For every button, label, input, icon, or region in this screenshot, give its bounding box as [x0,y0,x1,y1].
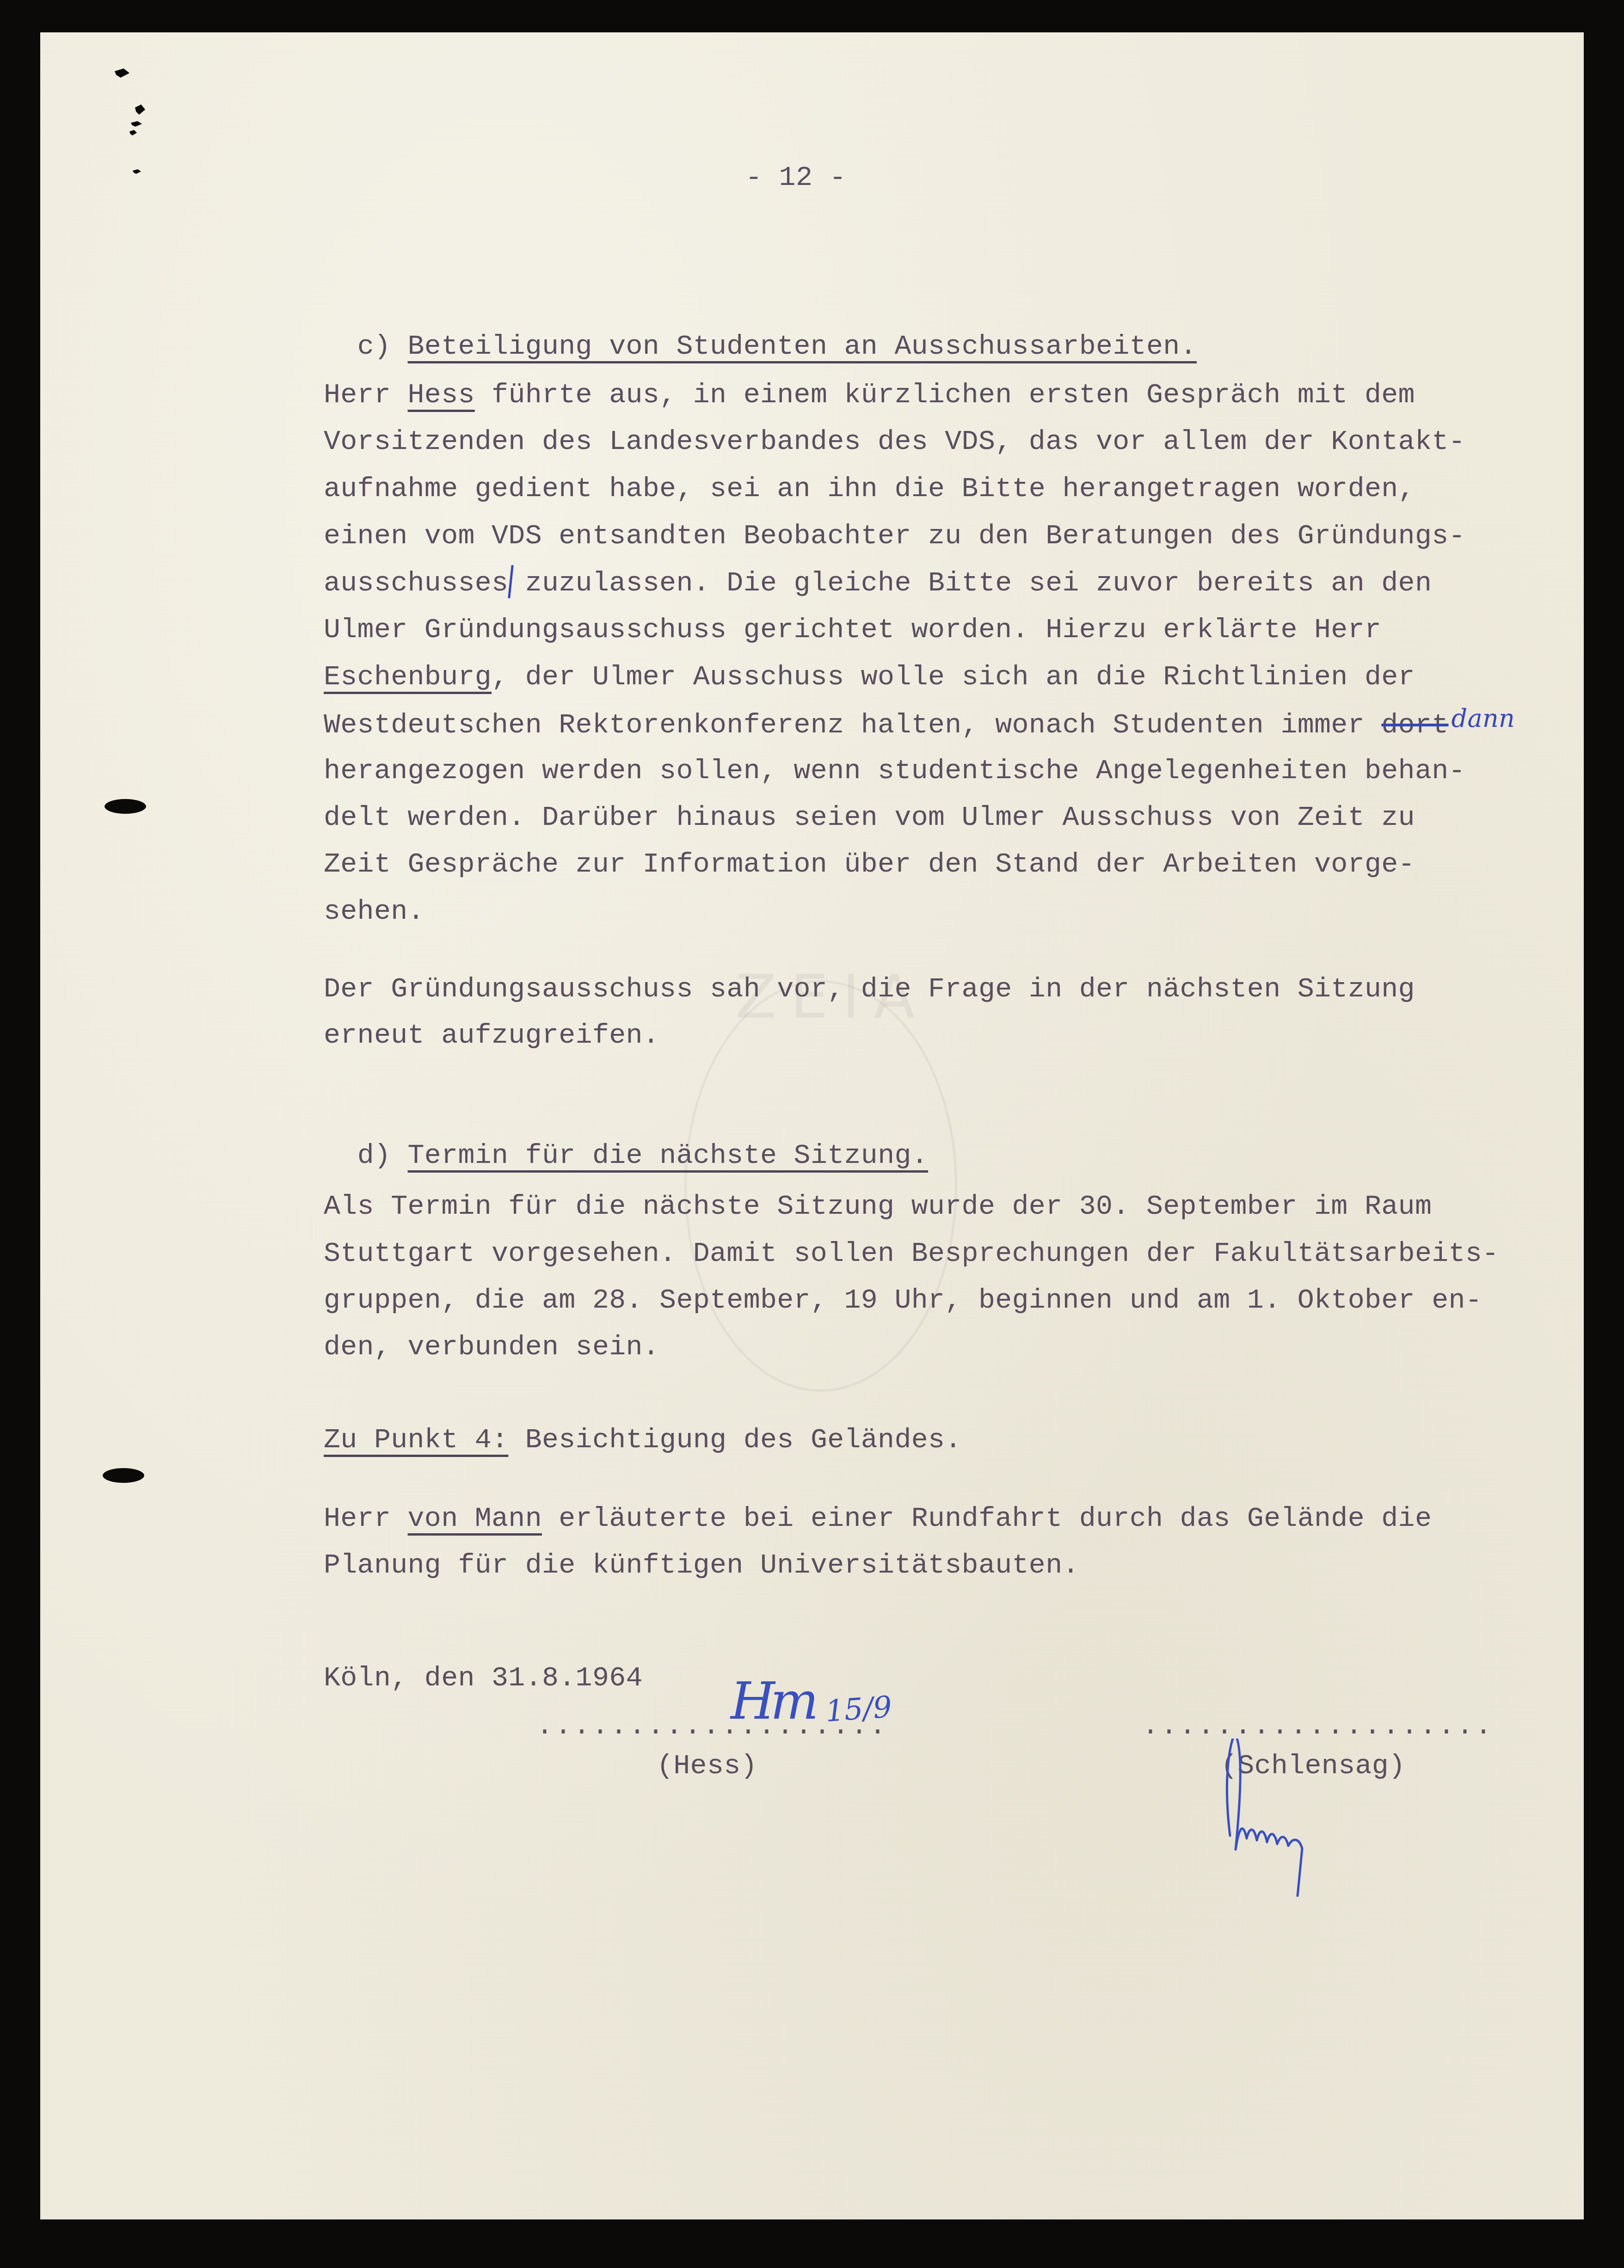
d-para-line-3: gruppen, die am 28. September, 19 Uhr, b… [324,1287,1482,1315]
c-para1-line-8: Westdeutschen Rektorenkonferenz halten, … [324,710,1512,739]
c-para1-line-12: sehen. [324,898,424,926]
punkt4-title: Besichtigung des Geländes. [508,1425,961,1456]
place-date: Köln, den 31.8.1964 [324,1665,643,1692]
text: führte aus, in einem kürzlichen ersten G… [475,380,1415,411]
c-para2-line-2: erneut aufzugreifen. [324,1022,659,1050]
faint-archive-stamp [684,980,957,1392]
c-para1-line-2: Vorsitzenden des Landesverbandes des VDS… [324,428,1465,456]
text: Westdeutschen Rektorenkonferenz halten, … [324,710,1381,741]
d-para-line-1: Als Termin für die nächste Sitzung wurde… [324,1193,1432,1221]
punkt4-label: Zu Punkt 4: [324,1425,508,1456]
c-para1-line-5: ausschusses zuzulassen. Die gleiche Bitt… [324,570,1432,597]
d-para-line-2: Stuttgart vorgesehen. Damit sollen Bespr… [324,1240,1499,1268]
c-para1-line-1: Herr Hess führte aus, in einem kürzliche… [324,381,1415,409]
section-d-label: d) [357,1140,391,1172]
punch-hole-upper [105,799,146,814]
section-d-title: Termin für die nächste Sitzung. [408,1140,928,1172]
section-d-heading: d) Termin für die nächste Sitzung. [324,1114,928,1170]
name-hess: Hess [408,380,475,411]
punkt4-line-2: Planung für die künftigen Universitätsba… [324,1552,1079,1580]
c-para1-line-3: aufnahme gedient habe, sei an ihn die Bi… [324,475,1415,503]
page-number: - 12 - [745,164,846,192]
name-eschenburg: Eschenburg [324,662,492,693]
handwritten-correction: dann [1452,704,1515,733]
c-para1-line-6: Ulmer Gründungsausschuss gerichtet worde… [324,616,1381,644]
c-para1-line-4: einen vom VDS entsandten Beobachter zu d… [324,522,1465,550]
c-para1-line-7: Eschenburg, der Ulmer Ausschuss wolle si… [324,664,1415,691]
c-para2-line-1: Der Gründungsausschuss sah vor, die Frag… [324,976,1415,1003]
text: Herr [324,380,408,411]
handwritten-signature-schlensag [1221,1739,1415,1924]
text: , der Ulmer Ausschuss wolle sich an die … [492,662,1415,693]
c-para1-line-11: Zeit Gespräche zur Information über den … [324,851,1415,879]
c-para1-line-9: herangezogen werden sollen, wenn student… [324,757,1465,785]
signatory-hess: (Hess) [657,1752,757,1780]
punch-hole-lower [103,1468,144,1483]
c-para1-line-10: delt werden. Darüber hinaus seien vom Ul… [324,804,1415,832]
punkt4-heading: Zu Punkt 4: Besichtigung des Geländes. [324,1426,962,1454]
signature-line-schlensag: ................... [1142,1711,1494,1742]
text: Herr [324,1503,408,1535]
text: erläuterte bei einer Rundfahrt durch das… [542,1503,1432,1535]
handwritten-date-hess: 15/9 [824,1690,893,1729]
section-c-title: Beteiligung von Studenten an Ausschussar… [408,331,1197,363]
name-von-mann: von Mann [408,1503,542,1535]
punkt4-line-1: Herr von Mann erläuterte bei einer Rundf… [324,1505,1432,1533]
handwritten-initials-hess: Hm [731,1672,814,1731]
section-c-label: c) [357,331,391,363]
d-para-line-4: den, verbunden sein. [324,1334,659,1361]
struck-word: dort [1381,710,1448,741]
section-c-heading: c) Beteiligung von Studenten an Ausschus… [324,305,1197,361]
